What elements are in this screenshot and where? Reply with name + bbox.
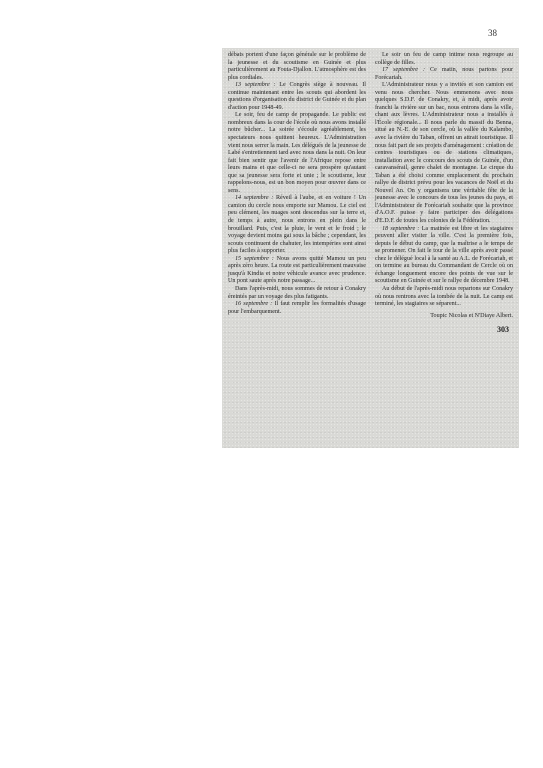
left-column: débats portent d'une façon générale sur … (228, 52, 366, 444)
entry-date: 18 septembre : (382, 226, 419, 232)
paragraph-text: Dans l'après-midi, nous sommes de retour… (228, 286, 366, 300)
paragraph: débats portent d'une façon générale sur … (228, 52, 366, 82)
paragraph: Au début de l'après-midi nous repartons … (375, 286, 513, 309)
right-column: Le soir un feu de camp intime nous regro… (375, 52, 513, 444)
paragraph-text: Le soir un feu de camp intime nous regro… (375, 52, 513, 66)
folio-number: 303 (375, 326, 513, 334)
paragraph-text: Réveil à l'aube, et en voiture ! Un cami… (228, 195, 366, 254)
paragraph: 14 septembre : Réveil à l'aube, et en vo… (228, 195, 366, 255)
entry-date: 13 septembre : (235, 82, 276, 88)
page-number: 38 (488, 28, 497, 38)
paragraph: Le soir un feu de camp intime nous regro… (375, 52, 513, 67)
paragraph: 18 septembre : La matinée est libre et l… (375, 226, 513, 286)
signature: Toupic Nicolas et N'Diaye Albert. (375, 313, 513, 321)
paragraph: Le soir, feu de camp de propagande. Le p… (228, 112, 366, 195)
paragraph-text: débats portent d'une façon générale sur … (228, 52, 366, 81)
newspaper-clipping: débats portent d'une façon générale sur … (222, 48, 519, 448)
paragraph: 15 septembre : Nous avons quitté Mamou u… (228, 256, 366, 286)
paragraph-text: Le soir, feu de camp de propagande. Le p… (228, 112, 366, 193)
paragraph-text: Au début de l'après-midi nous repartons … (375, 286, 513, 307)
paragraph: 17 septembre : Ce matin, nous partons po… (375, 67, 513, 82)
paragraph-text: L'Administrateur nous y a invités et son… (375, 82, 513, 224)
entry-date: 14 septembre : (235, 195, 273, 201)
entry-date: 17 septembre : (382, 67, 425, 73)
entry-date: 16 septembre : (235, 301, 272, 307)
paragraph: 13 septembre : Le Congrès siège à nouvea… (228, 82, 366, 112)
paragraph: 16 septembre : Il faut remplir les forma… (228, 301, 366, 316)
paragraph: Dans l'après-midi, nous sommes de retour… (228, 286, 366, 301)
paragraph: L'Administrateur nous y a invités et son… (375, 82, 513, 225)
entry-date: 15 septembre : (235, 256, 274, 262)
paragraph-text: La matinée est libre et les stagiaires p… (375, 226, 513, 285)
